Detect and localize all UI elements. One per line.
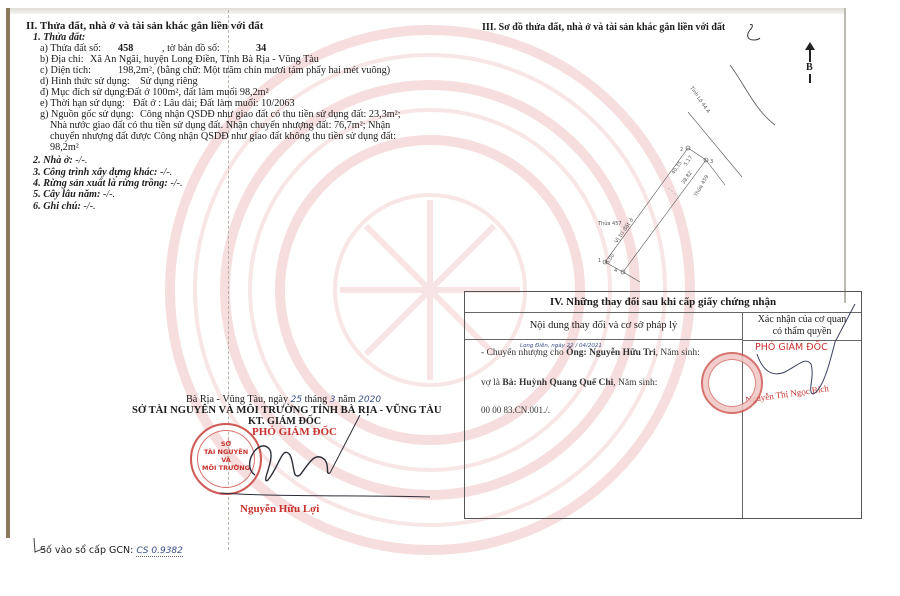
date-day: 25 <box>291 395 302 405</box>
neighbor-left-label: Thửa 457 <box>598 218 622 230</box>
notes-label: 6. Ghi chú: <box>33 201 81 212</box>
entry-line-2-suffix: , Năm sinh: <box>613 378 657 388</box>
frame-left-edge <box>6 8 10 538</box>
changes-col-content-header: Nội dung thay đổi và cơ sở pháp lý <box>465 313 743 340</box>
entry-line-2: vợ là Bà: Huỳnh Quang Quế Chi, Năm sinh: <box>481 377 657 389</box>
registry-value: CS 0.9382 <box>136 546 183 557</box>
other-construction-label: 3. Công trình xây dựng khác: <box>33 167 157 178</box>
house-value: -/-. <box>75 155 87 166</box>
other-construction-value: -/-. <box>160 167 172 178</box>
north-label: B <box>806 62 813 74</box>
house-label: 2. Nhà ở: <box>33 155 73 166</box>
date-year-label: năm <box>338 394 356 405</box>
frame-right-edge <box>844 8 846 303</box>
initial-mark-icon <box>744 22 764 44</box>
house-item: 2. Nhà ở: -/-. <box>33 155 87 167</box>
signature-scribble <box>200 405 430 505</box>
entry-line-1: - Chuyển nhượng cho Ông: Nguyễn Hữu Tri,… <box>481 347 700 359</box>
entry-line-3: 00 00 83.CN.001./. <box>481 404 550 416</box>
section-ii-title: II. Thửa đất, nhà ở và tài sản khác gắn … <box>26 20 263 32</box>
signer-name: Nguyễn Hữu Lợi <box>240 503 319 515</box>
date-prefix: Bà Rịa - Vũng Tàu, ngày <box>186 394 288 405</box>
section-iii-title: III. Sơ đồ thửa đất, nhà ở và tài sản kh… <box>482 22 725 34</box>
spouse-name: Bà: Huỳnh Quang Quế Chi <box>502 378 613 388</box>
notes-item: 6. Ghi chú: -/-. <box>33 201 96 213</box>
registry-number-row: Số vào sổ cấp GCN: CS 0.9382 <box>40 545 183 557</box>
transferee-name: Ông: Nguyễn Hữu Tri <box>566 348 656 358</box>
entry-line-1-prefix: - Chuyển nhượng cho <box>481 348 564 358</box>
checkmark-icon <box>32 536 46 554</box>
planted-forest-label: 4. Rừng sản xuất là rừng trồng: <box>33 178 168 189</box>
date-month: 3 <box>330 395 336 405</box>
perennial-trees-label: 5. Cây lâu năm: <box>33 189 100 200</box>
entry-line-1-suffix: , Năm sinh: <box>656 348 700 358</box>
point-2: 2 <box>680 144 683 156</box>
point-3: 3 <box>710 156 713 168</box>
date-year: 2020 <box>358 395 381 405</box>
notes-value: -/-. <box>83 201 95 212</box>
approval-signature <box>745 302 860 412</box>
origin-line-3: chuyển nhượng đất được Công nhận QSDĐ nh… <box>50 131 396 143</box>
date-month-label: tháng <box>305 394 328 405</box>
point-1: 1 <box>598 255 601 267</box>
point-4: 4 <box>614 265 617 277</box>
perennial-trees-item: 5. Cây lâu năm: -/-. <box>33 189 115 201</box>
land-certificate-spread: II. Thửa đất, nhà ở và tài sản khác gắn … <box>0 0 900 596</box>
scan-edge-top <box>8 8 846 14</box>
planted-forest-value: -/-. <box>170 178 182 189</box>
changes-table: IV. Những thay đổi sau khi cấp giấy chứn… <box>464 291 862 519</box>
registry-label: Số vào sổ cấp GCN: <box>40 545 133 556</box>
perennial-trees-value: -/-. <box>103 189 115 200</box>
parcel-diagram <box>560 60 800 290</box>
origin-line-4: 98,2m² <box>50 142 79 154</box>
entry-line-2-prefix: vợ là <box>481 378 500 388</box>
